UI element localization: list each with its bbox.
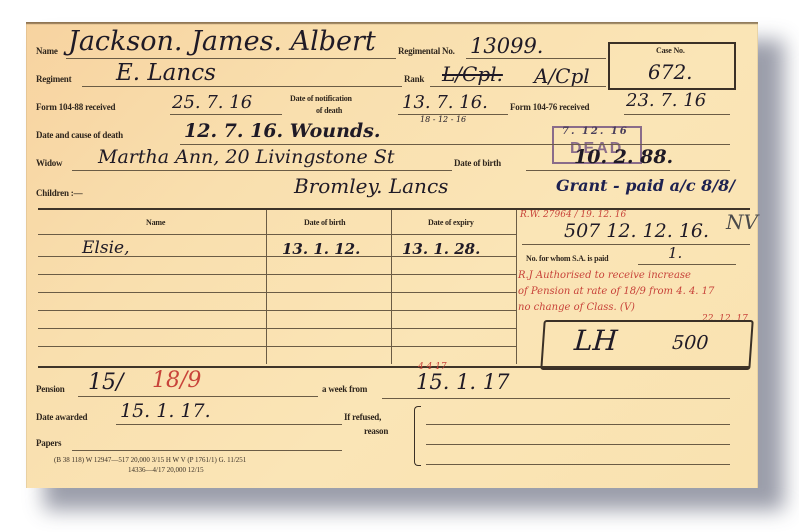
form-104-76-label: Form 104-76 received bbox=[510, 102, 589, 112]
case-no-label: Case No. bbox=[656, 46, 685, 55]
case-no-box: Case No. 672. bbox=[608, 42, 736, 90]
date-of-birth-value: 10. 2. 88. bbox=[574, 146, 673, 168]
a-week-from-label: a week from bbox=[322, 384, 367, 394]
table-row-line bbox=[38, 292, 516, 293]
date-of-birth-underline bbox=[526, 170, 730, 171]
regimental-no-label: Regimental No. bbox=[398, 46, 455, 56]
regimental-no-value: 13099. bbox=[470, 34, 543, 58]
print-code-line-1: (B 38 118) W 12947—517 20,000 3/15 H W V… bbox=[54, 456, 246, 464]
table-row-line bbox=[38, 310, 516, 311]
name-underline bbox=[66, 58, 396, 59]
table-divider-3 bbox=[516, 210, 517, 364]
form-104-88-value: 25. 7. 16 bbox=[172, 92, 252, 113]
date-awarded-underline bbox=[116, 424, 342, 425]
widow-value: Martha Ann, 20 Livingstone St bbox=[98, 146, 395, 168]
date-notification-label-2: of death bbox=[316, 106, 342, 115]
date-cause-death-label: Date and cause of death bbox=[36, 130, 123, 140]
form-104-76-underline bbox=[624, 114, 730, 115]
pension-red-value: 18/9 bbox=[152, 368, 201, 393]
children-col-dob: Date of birth bbox=[304, 218, 345, 227]
rank-value: A/Cpl bbox=[534, 64, 590, 88]
remark-initials: NV bbox=[726, 210, 758, 234]
pension-record-card: Name Jackson. James. Albert Regimental N… bbox=[26, 22, 758, 488]
remark-top-red: R.W. 27964 / 19. 12. 16 bbox=[520, 210, 626, 220]
children-table-bottom-rule bbox=[38, 366, 750, 368]
pension-label: Pension bbox=[36, 384, 65, 394]
date-of-birth-label: Date of birth bbox=[454, 158, 501, 168]
grant-note: Grant - paid a/c 8/8/ bbox=[556, 176, 735, 195]
no-for-whom-underline bbox=[638, 264, 736, 265]
remark-top-underline bbox=[522, 244, 750, 245]
no-for-whom-label: No. for whom S.A. is paid bbox=[526, 254, 608, 263]
date-notification-label: Date of notification bbox=[290, 94, 352, 103]
papers-underline bbox=[72, 450, 342, 451]
refused-line-2 bbox=[426, 444, 730, 445]
dead-stamp-note: 7. 12. 16 bbox=[562, 126, 629, 137]
pension-value: 15/ bbox=[88, 370, 123, 395]
form-104-76-value: 23. 7. 16 bbox=[626, 90, 706, 111]
regiment-underline bbox=[82, 86, 402, 87]
children-col-expiry: Date of expiry bbox=[428, 218, 474, 227]
regiment-value: E. Lancs bbox=[116, 60, 216, 86]
child-dob: 13. 1. 12. bbox=[282, 240, 360, 258]
widow-underline bbox=[72, 170, 452, 171]
name-label: Name bbox=[36, 46, 58, 56]
refused-brace bbox=[414, 406, 421, 466]
refused-line-1 bbox=[426, 424, 730, 425]
children-table-top-rule bbox=[38, 208, 750, 210]
child-expiry: 13. 1. 28. bbox=[402, 240, 480, 258]
table-row-line bbox=[38, 234, 516, 235]
if-refused-label: If refused, bbox=[344, 412, 381, 422]
name-value: Jackson. James. Albert bbox=[68, 26, 376, 57]
table-row-line bbox=[38, 346, 516, 347]
date-cause-death-underline bbox=[180, 144, 730, 145]
children-label: Children :— bbox=[36, 188, 82, 198]
pension-underline bbox=[78, 396, 318, 397]
date-cause-death-value: 12. 7. 16. Wounds. bbox=[184, 120, 380, 142]
children-col-name: Name bbox=[146, 218, 165, 227]
print-code-line-2: 14336—4/17 20,000 12/15 bbox=[128, 466, 204, 474]
red-note-line-1: R.J Authorised to receive increase bbox=[518, 270, 691, 281]
date-awarded-label: Date awarded bbox=[36, 412, 87, 422]
red-note-line-2: of Pension at rate of 18/9 from 4. 4. 17 bbox=[518, 286, 714, 297]
table-row-line bbox=[38, 328, 516, 329]
table-row-line bbox=[38, 274, 516, 275]
date-notification-value: 13. 7. 16. bbox=[402, 92, 488, 113]
box-initials: LH bbox=[573, 324, 618, 357]
box-number: 500 bbox=[671, 332, 709, 354]
widow-address-line2: Bromley. Lancs bbox=[294, 174, 448, 198]
date-notification-underline bbox=[398, 114, 508, 115]
rank-struck-value: L/Cpl. bbox=[442, 62, 503, 86]
red-note-line-3: no change of Class. (V) bbox=[518, 302, 635, 313]
remark-top-value: 507 12. 12. 16. bbox=[564, 220, 709, 242]
hand-drawn-box: LH 500 bbox=[540, 320, 753, 370]
papers-label: Papers bbox=[36, 438, 61, 448]
regiment-label: Regiment bbox=[36, 74, 71, 84]
if-refused-label-2: reason bbox=[364, 426, 388, 436]
date-notification-subnote: 18 - 12 - 16 bbox=[420, 115, 466, 124]
form-104-88-label: Form 104-88 received bbox=[36, 102, 115, 112]
rank-label: Rank bbox=[404, 74, 424, 84]
case-no-value: 672. bbox=[648, 60, 693, 84]
rank-underline bbox=[430, 86, 606, 87]
refused-line-3 bbox=[426, 464, 730, 465]
week-from-value: 15. 1. 17 bbox=[416, 370, 510, 394]
child-name: Elsie, bbox=[82, 238, 129, 258]
week-from-underline bbox=[382, 398, 730, 399]
regimental-no-underline bbox=[466, 58, 606, 59]
no-for-whom-value: 1. bbox=[668, 244, 682, 262]
form-104-88-underline bbox=[170, 114, 282, 115]
date-awarded-value: 15. 1. 17. bbox=[120, 400, 211, 422]
widow-label: Widow bbox=[36, 158, 62, 168]
